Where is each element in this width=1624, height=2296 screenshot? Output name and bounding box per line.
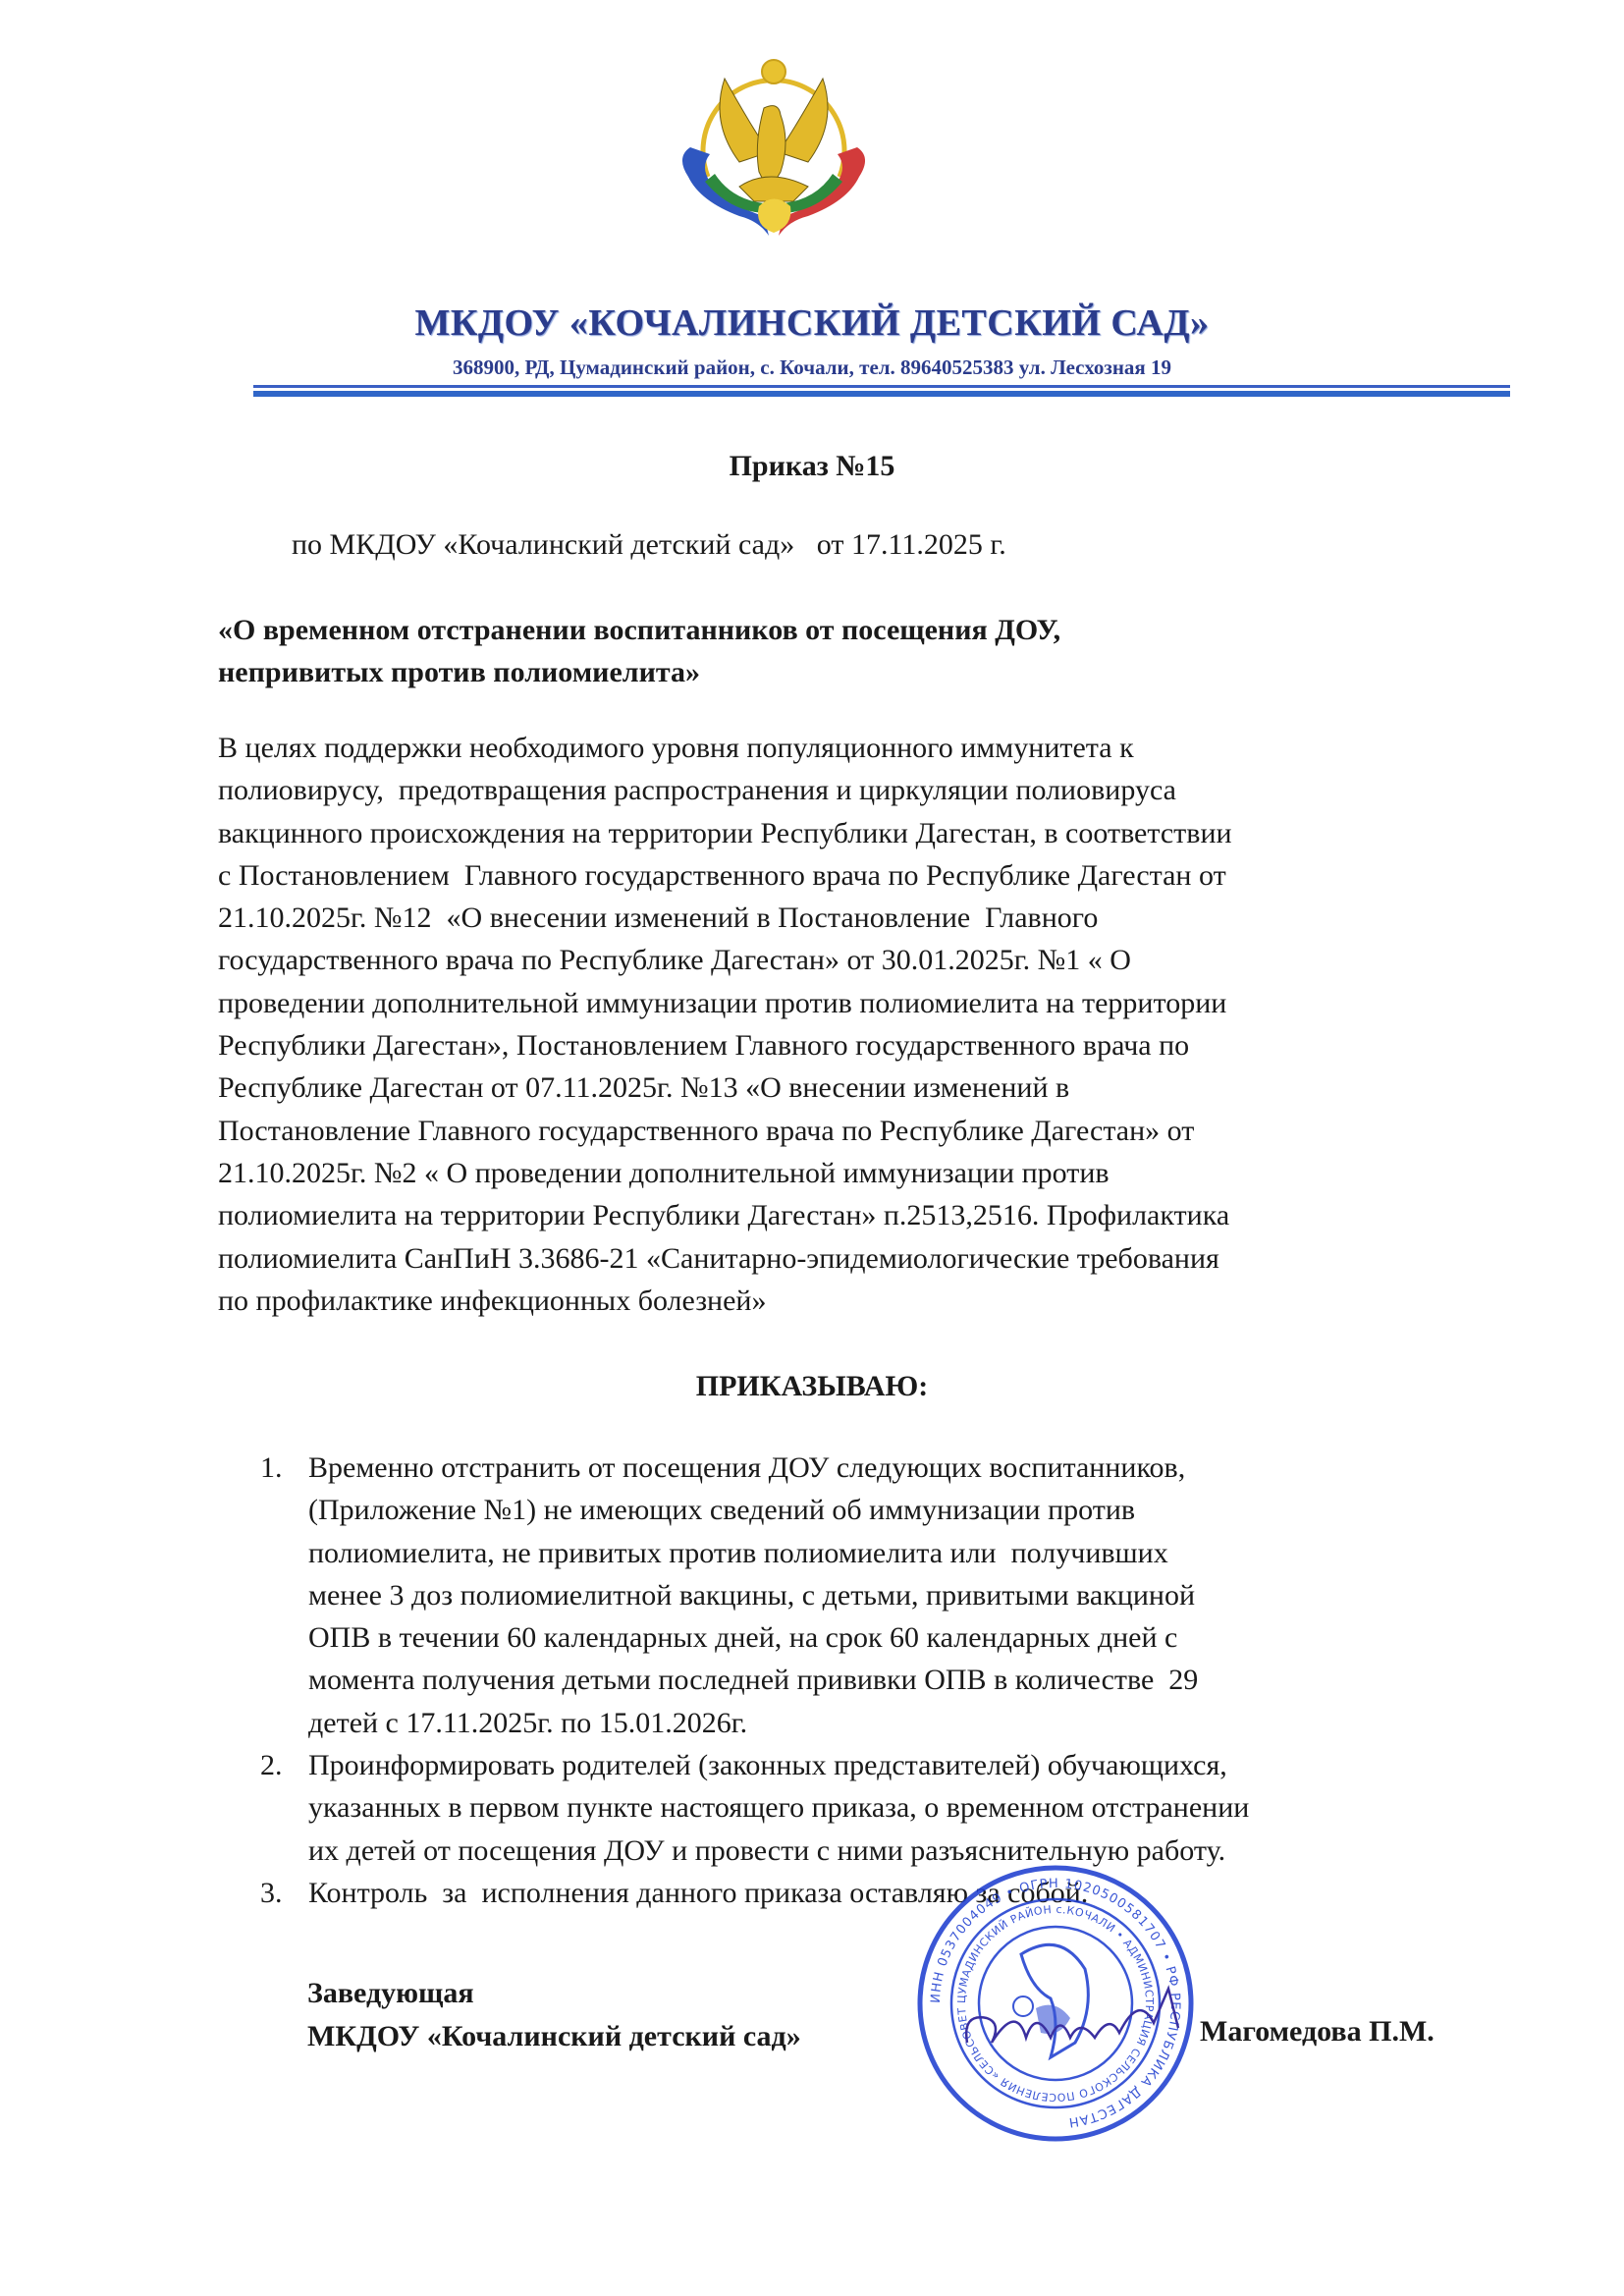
- item-line: Проинформировать родителей (законных пре…: [308, 1744, 1537, 1786]
- order-item: 2. Проинформировать родителей (законных …: [260, 1744, 1537, 1872]
- subject-line: «О временном отстранении воспитанников о…: [218, 609, 1060, 651]
- preamble-line: Постановление Главного государственного …: [218, 1110, 1514, 1152]
- item-number: 3.: [260, 1872, 283, 1914]
- item-number: 2.: [260, 1744, 283, 1786]
- order-item: 1. Временно отстранить от посещения ДОУ …: [260, 1447, 1537, 1744]
- order-item: 3. Контроль за исполнения данного приказ…: [260, 1872, 1537, 1914]
- organization-title: МКДОУ «КОЧАЛИНСКИЙ ДЕТСКИЙ САД»: [0, 301, 1624, 345]
- decree-heading: ПРИКАЗЫВАЮ:: [0, 1370, 1624, 1403]
- preamble-line: полиомиелита СанПиН 3.3686-21 «Санитарно…: [218, 1237, 1514, 1280]
- item-number: 1.: [260, 1447, 283, 1489]
- preamble-line: 21.10.2025г. №12 «О внесении изменений в…: [218, 897, 1514, 939]
- order-title: Приказ №15: [0, 450, 1624, 483]
- order-subject: «О временном отстранении воспитанников о…: [218, 609, 1060, 693]
- item-line: Временно отстранить от посещения ДОУ сле…: [308, 1447, 1537, 1489]
- item-line: полиомиелита, не привитых против полиоми…: [308, 1532, 1537, 1574]
- preamble-line: государственного врача по Республике Даг…: [218, 939, 1514, 981]
- item-line: момента получения детьми последней приви…: [308, 1659, 1537, 1701]
- item-line: (Приложение №1) не имеющих сведений об и…: [308, 1489, 1537, 1531]
- item-line: ОПВ в течении 60 календарных дней, на ср…: [308, 1616, 1537, 1659]
- signature-block: Заведующая МКДОУ «Кочалинский детский са…: [307, 1972, 801, 2058]
- preamble-line: с Постановлением Главного государственно…: [218, 854, 1514, 897]
- signer-organization: МКДОУ «Кочалинский детский сад»: [307, 2015, 801, 2058]
- preamble-line: полиомиелита на территории Республики Да…: [218, 1194, 1514, 1236]
- preamble-line: Республике Дагестан от 07.11.2025г. №13 …: [218, 1066, 1514, 1109]
- preamble-line: 21.10.2025г. №2 « О проведении дополните…: [218, 1152, 1514, 1194]
- preamble-line: В целях поддержки необходимого уровня по…: [218, 727, 1514, 769]
- order-items: 1. Временно отстранить от посещения ДОУ …: [260, 1447, 1537, 1914]
- preamble-line: Республики Дагестан», Постановлением Гла…: [218, 1024, 1514, 1066]
- preamble-line: полиовирусу, предотвращения распростране…: [218, 769, 1514, 811]
- signer-position: Заведующая: [307, 1972, 801, 2015]
- item-line: менее 3 доз полиомиелитной вакцины, с де…: [308, 1574, 1537, 1616]
- item-line: указанных в первом пункте настоящего при…: [308, 1786, 1537, 1829]
- header-divider: [253, 385, 1510, 388]
- organization-address: 368900, РД, Цумадинский район, с. Кочали…: [0, 355, 1624, 380]
- handwritten-signature: [957, 1984, 1203, 2062]
- order-subtitle: по МКДОУ «Кочалинский детский сад» от 17…: [292, 528, 1006, 562]
- preamble-paragraph: В целях поддержки необходимого уровня по…: [218, 727, 1514, 1322]
- preamble-line: вакцинного происхождения на территории Р…: [218, 812, 1514, 854]
- preamble-line: проведении дополнительной иммунизации пр…: [218, 982, 1514, 1024]
- preamble-line: по профилактике инфекционных болезней»: [218, 1280, 1514, 1322]
- subject-line: непривитых против полиомиелита»: [218, 651, 1060, 693]
- signer-name: Магомедова П.М.: [1200, 2015, 1435, 2049]
- coat-of-arms-icon: [671, 44, 877, 246]
- header-divider-thick: [253, 391, 1510, 397]
- item-line: детей с 17.11.2025г. по 15.01.2026г.: [308, 1702, 1537, 1744]
